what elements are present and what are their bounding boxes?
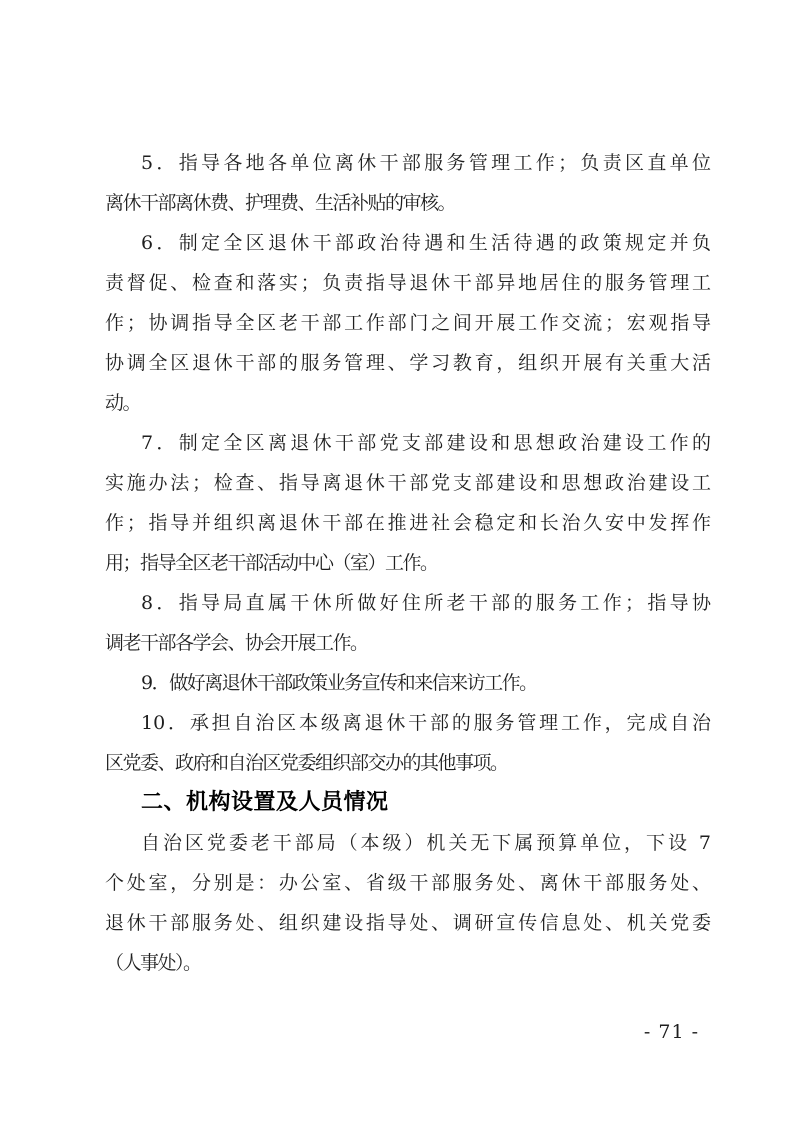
paragraph-7-line-4: 用；指导全区老干部活动中心（室）工作。 (105, 543, 711, 583)
paragraph-5-line-1: 5．指导各地各单位离休干部服务管理工作；负责区直单位 (105, 143, 711, 183)
paragraph-10-line-2: 区党委、政府和自治区党委组织部交办的其他事项。 (105, 743, 711, 783)
page-number: - 71 - (644, 1019, 699, 1045)
paragraph-6-line-1: 6．制定全区退休干部政治待遇和生活待遇的政策规定并负 (105, 223, 711, 263)
document-body: 5．指导各地各单位离休干部服务管理工作；负责区直单位 离休干部离休费、护理费、生… (105, 143, 711, 983)
paragraph-8-line-1: 8．指导局直属干休所做好住所老干部的服务工作；指导协 (105, 583, 711, 623)
document-page: 5．指导各地各单位离休干部服务管理工作；负责区直单位 离休干部离休费、护理费、生… (0, 0, 793, 1122)
paragraph-5-line-2: 离休干部离休费、护理费、生活补贴的审核。 (105, 183, 711, 223)
paragraph-7-line-1: 7．制定全区离退休干部党支部建设和思想政治建设工作的 (105, 423, 711, 463)
paragraph-11-line-4: （人事处）。 (105, 943, 711, 983)
paragraph-9-line-1: 9．做好离退休干部政策业务宣传和来信来访工作。 (105, 663, 711, 703)
paragraph-6-line-3: 作；协调指导全区老干部工作部门之间开展工作交流；宏观指导 (105, 303, 711, 343)
paragraph-11-line-3: 退休干部服务处、组织建设指导处、调研宣传信息处、机关党委 (105, 903, 711, 943)
paragraph-11-line-1: 自治区党委老干部局（本级）机关无下属预算单位，下设 7 (105, 823, 711, 863)
paragraph-6-line-5: 动。 (105, 383, 711, 423)
paragraph-11-line-2: 个处室，分别是：办公室、省级干部服务处、离休干部服务处、 (105, 863, 711, 903)
section-heading: 二、机构设置及人员情况 (105, 783, 711, 823)
paragraph-6-line-4: 协调全区退休干部的服务管理、学习教育，组织开展有关重大活 (105, 343, 711, 383)
paragraph-6-line-2: 责督促、检查和落实；负责指导退休干部异地居住的服务管理工 (105, 263, 711, 303)
paragraph-8-line-2: 调老干部各学会、协会开展工作。 (105, 623, 711, 663)
paragraph-7-line-3: 作；指导并组织离退休干部在推进社会稳定和长治久安中发挥作 (105, 503, 711, 543)
paragraph-10-line-1: 10．承担自治区本级离退休干部的服务管理工作，完成自治 (105, 703, 711, 743)
paragraph-7-line-2: 实施办法；检查、指导离退休干部党支部建设和思想政治建设工 (105, 463, 711, 503)
